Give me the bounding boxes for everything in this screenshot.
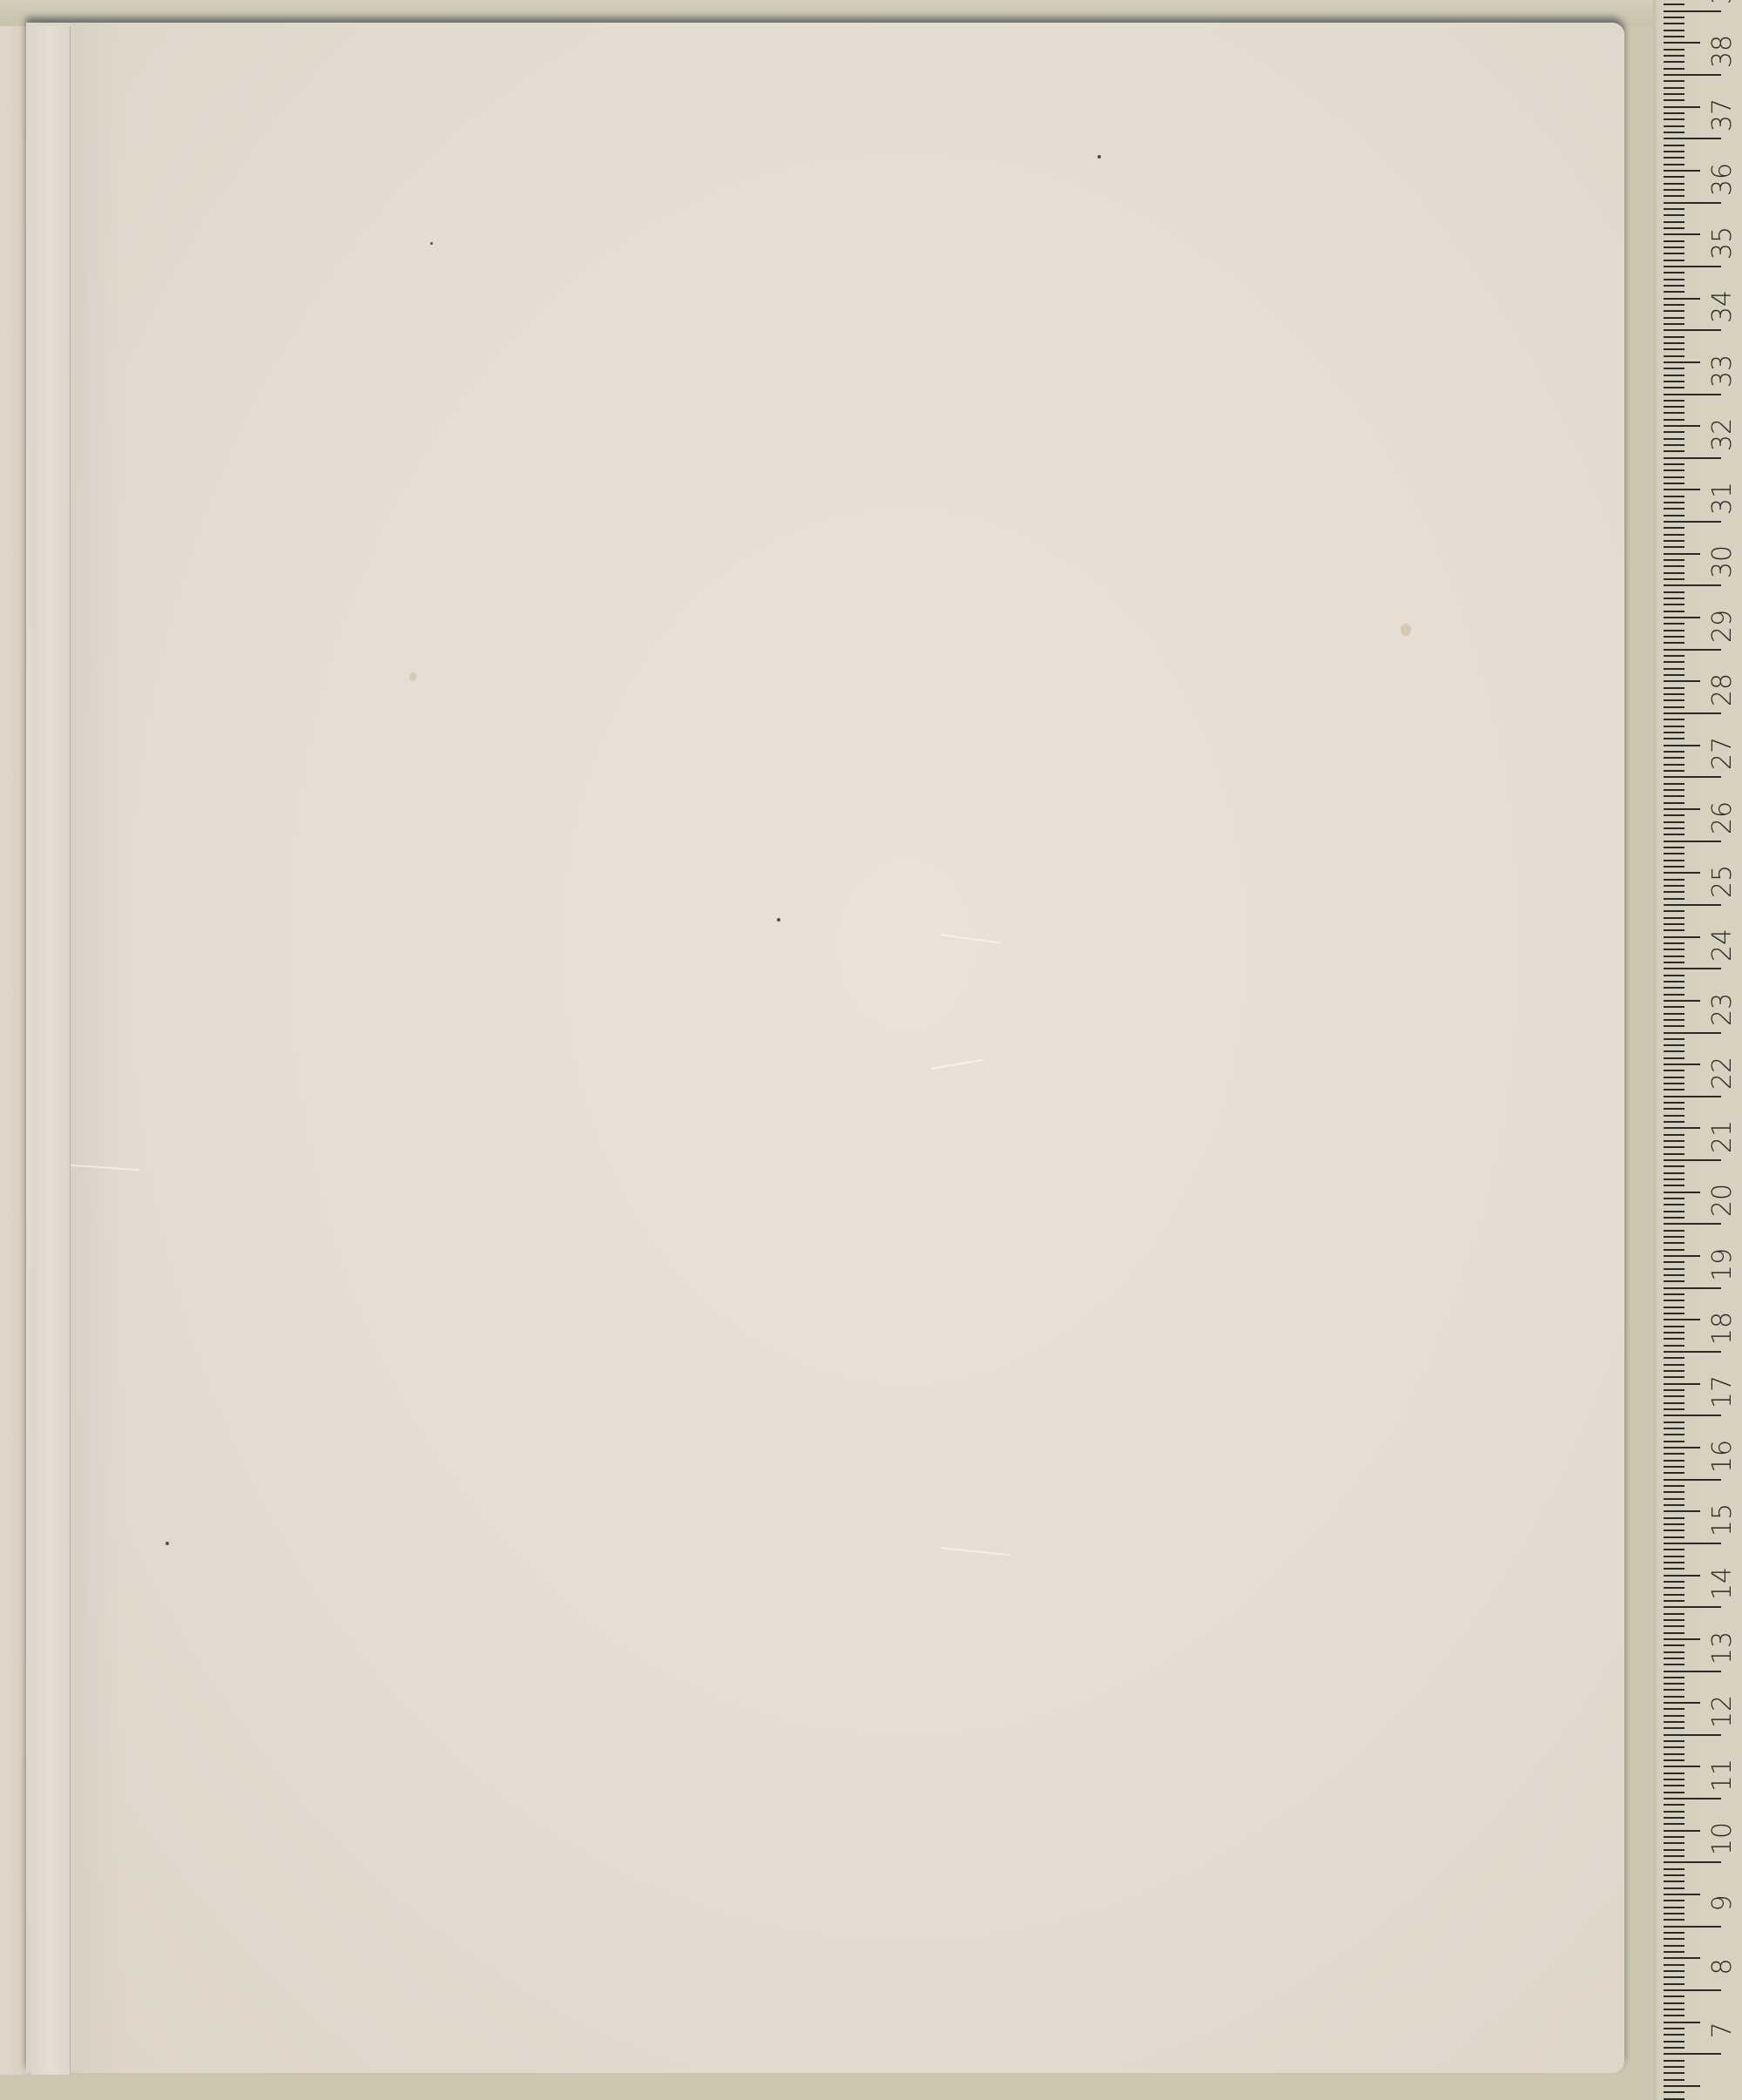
ruler-tick: [1664, 1230, 1685, 1232]
ruler-tick: [1664, 1957, 1700, 1959]
ruler-label: 30: [1710, 543, 1736, 581]
ruler-tick: [1664, 246, 1685, 248]
ruler-tick: [1664, 469, 1685, 471]
ruler-tick: [1664, 1773, 1685, 1774]
ruler-tick: [1664, 483, 1685, 484]
ruler-label: 25: [1710, 862, 1736, 901]
ruler-tick: [1664, 1395, 1685, 1397]
ruler-tick: [1664, 42, 1700, 44]
ruler-tick: [1664, 732, 1685, 733]
ruler-tick: [1664, 783, 1685, 785]
ruler-tick: [1664, 17, 1685, 18]
ruler-label: 24: [1710, 926, 1736, 964]
ruler-tick: [1664, 30, 1685, 31]
ruler-tick: [1664, 279, 1685, 280]
ruler-tick: [1664, 572, 1685, 574]
ruler-tick: [1664, 515, 1685, 517]
ruler-label: 17: [1710, 1373, 1736, 1411]
ruler-tick: [1664, 1855, 1685, 1857]
ruler-tick: [1664, 36, 1685, 37]
ruler-label: 36: [1710, 160, 1736, 199]
ruler-tick: [1664, 866, 1685, 868]
ruler-tick: [1664, 1995, 1685, 1997]
ruler-tick: [1664, 1032, 1721, 1034]
ruler-tick: [1664, 189, 1685, 191]
ruler-tick: [1664, 1050, 1685, 1052]
ruler-tick: [1664, 706, 1685, 708]
ruler-label: 37: [1710, 96, 1736, 134]
ruler-tick: [1664, 400, 1685, 402]
ruler-tick: [1664, 291, 1685, 293]
ruler-tick: [1664, 834, 1685, 835]
ruler-tick: [1664, 1198, 1685, 1199]
ruler-tick: [1664, 1038, 1685, 1040]
ruler-label: 10: [1710, 1820, 1736, 1858]
ruler-tick: [1664, 1172, 1685, 1174]
ruler-tick: [1664, 521, 1721, 523]
ruler-tick: [1664, 726, 1685, 727]
ruler-label: 19: [1710, 1246, 1736, 1284]
ruler-tick: [1664, 853, 1685, 854]
ruler-label: 32: [1710, 415, 1736, 454]
ruler-tick: [1664, 463, 1685, 465]
ruler-tick: [1664, 617, 1700, 618]
ruler-tick: [1664, 1836, 1685, 1838]
ruler-tick: [1664, 1581, 1685, 1583]
ruler-tick: [1664, 1753, 1685, 1755]
ruler-tick: [1664, 202, 1721, 204]
ruler-tick: [1664, 898, 1685, 900]
ruler-tick: [1664, 860, 1685, 861]
ruler-label: 13: [1710, 1629, 1736, 1667]
ruler-tick: [1664, 1792, 1685, 1793]
ruler-tick: [1664, 1115, 1685, 1117]
ruler-tick: [1664, 1677, 1685, 1678]
ruler-tick: [1664, 1044, 1685, 1046]
ruler-tick: [1664, 272, 1685, 273]
ruler-tick: [1664, 176, 1685, 178]
ruler-tick: [1664, 1938, 1685, 1940]
ruler-tick: [1664, 304, 1685, 306]
ruler-tick: [1664, 2060, 1685, 2062]
ruler-tick: [1664, 814, 1685, 816]
ruler-tick: [1664, 611, 1685, 612]
ruler-label: 39: [1710, 0, 1736, 7]
ruler-tick: [1664, 183, 1685, 185]
ruler-tick: [1664, 962, 1685, 963]
ruler-tick: [1664, 1594, 1685, 1596]
ruler-tick: [1664, 1759, 1685, 1761]
ruler-tick: [1664, 1121, 1685, 1123]
ruler-tick: [1664, 994, 1685, 996]
ruler-tick: [1664, 1651, 1685, 1653]
ruler-tick: [1664, 1638, 1700, 1640]
ruler-tick: [1664, 221, 1685, 223]
ruler-tick: [1664, 1127, 1700, 1129]
ruler-tick: [1664, 1204, 1685, 1205]
ruler-tick: [1664, 584, 1721, 586]
ruler-tick: [1664, 1326, 1685, 1327]
ruler-label: 15: [1710, 1501, 1736, 1539]
ruler-tick: [1664, 1006, 1685, 1008]
ruler-tick: [1664, 1140, 1685, 1142]
ruler-tick: [1664, 1274, 1685, 1276]
ruler-tick: [1664, 1345, 1685, 1347]
ruler-label: 35: [1710, 224, 1736, 262]
ruler-tick: [1664, 1600, 1685, 1602]
ruler-tick: [1664, 1242, 1685, 1244]
ruler-tick: [1664, 1332, 1685, 1334]
ruler-tick: [1664, 1664, 1685, 1665]
ruler-tick: [1664, 1613, 1685, 1615]
ruler-label: 8: [1710, 1948, 1736, 1986]
ruler-tick: [1664, 450, 1685, 452]
ruler-tick: [1664, 214, 1685, 216]
ruler-tick: [1664, 1715, 1685, 1717]
ruler-tick: [1664, 2053, 1721, 2055]
ruler-tick: [1664, 1408, 1685, 1410]
ruler-tick: [1664, 170, 1700, 172]
ruler-tick: [1664, 1146, 1685, 1148]
ruler-tick: [1664, 1357, 1685, 1359]
ruler-tick: [1664, 1096, 1721, 1097]
ruler-tick: [1664, 827, 1685, 829]
ruler-tick: [1664, 1460, 1685, 1462]
blank-document-page: [26, 23, 1624, 2073]
ruler-tick: [1664, 1644, 1685, 1646]
ruler-tick: [1664, 712, 1721, 714]
ruler-tick: [1664, 381, 1685, 382]
ruler-tick: [1664, 1000, 1700, 1002]
ruler-tick: [1664, 1671, 1721, 1672]
ruler-tick: [1664, 1887, 1685, 1889]
ruler-tick: [1664, 1568, 1685, 1570]
ruler-tick: [1664, 1785, 1685, 1786]
ruler-tick: [1664, 1485, 1685, 1487]
ruler-tick: [1664, 847, 1685, 848]
ruler-tick: [1664, 1223, 1721, 1225]
ruler-tick: [1664, 2002, 1685, 2004]
ruler-tick: [1664, 1881, 1685, 1882]
ruler-tick: [1664, 1089, 1685, 1091]
ruler-tick: [1664, 1159, 1721, 1161]
ruler-tick: [1664, 348, 1685, 350]
ruler-tick: [1664, 1364, 1685, 1366]
ruler-tick: [1664, 502, 1685, 503]
ruler-tick: [1664, 1536, 1685, 1538]
ruler-tick: [1664, 489, 1700, 490]
ruler-tick: [1664, 1217, 1685, 1219]
ruler-tick: [1664, 208, 1685, 210]
ruler-tick: [1664, 1472, 1685, 1474]
ruler-tick: [1664, 1108, 1685, 1110]
ruler-tick: [1664, 80, 1685, 82]
ruler-tick: [1664, 106, 1700, 108]
ruler-tick: [1664, 1255, 1700, 1257]
ruler-label: 23: [1710, 990, 1736, 1029]
ruler-tick: [1664, 419, 1685, 421]
ruler-tick: [1664, 841, 1721, 842]
ruler-tick: [1664, 1319, 1700, 1320]
ruler-tick: [1664, 1466, 1685, 1468]
ruler-tick: [1664, 387, 1685, 388]
ruler-tick: [1664, 1185, 1685, 1186]
ruler-tick: [1664, 23, 1685, 24]
ruler-tick: [1664, 1383, 1700, 1385]
ruler-tick: [1664, 802, 1685, 804]
ruler-tick: [1664, 138, 1721, 139]
ruler-tick: [1664, 394, 1721, 395]
ruler-tick: [1664, 1619, 1685, 1621]
ruler-tick: [1664, 112, 1685, 114]
ruler-tick: [1664, 776, 1721, 778]
ruler-tick: [1664, 55, 1685, 57]
ruler-tick: [1664, 527, 1685, 529]
ruler-tick: [1664, 1798, 1721, 1800]
ruler-tick: [1664, 1351, 1721, 1353]
ruler-tick: [1664, 1441, 1685, 1442]
ruler-tick: [1664, 2072, 1685, 2074]
ruler-tick: [1664, 1606, 1721, 1608]
ruler-tick: [1664, 1370, 1685, 1372]
ruler-tick: [1664, 661, 1685, 663]
ruler-tick: [1664, 132, 1685, 133]
ruler-tick: [1664, 438, 1685, 440]
ruler-tick: [1664, 885, 1685, 887]
ruler-tick: [1664, 1498, 1685, 1500]
ruler-tick: [1664, 1280, 1685, 1282]
ruler-tick: [1664, 738, 1685, 739]
ruler-tick: [1664, 2047, 1685, 2049]
ruler-tick: [1664, 1447, 1700, 1448]
ruler-tick: [1664, 99, 1685, 101]
ruler-label: 31: [1710, 479, 1736, 517]
ruler-tick: [1664, 553, 1700, 555]
ruler-label: 16: [1710, 1437, 1736, 1475]
ruler-tick: [1664, 655, 1685, 657]
ruler-tick: [1664, 636, 1685, 638]
ruler-tick: [1664, 285, 1685, 287]
ruler-tick: [1664, 687, 1685, 689]
ruler-tick: [1664, 821, 1685, 823]
ruler-tick: [1664, 260, 1685, 261]
ruler-tick: [1664, 444, 1685, 446]
ruler-tick: [1664, 508, 1685, 510]
ruler-tick: [1664, 1702, 1700, 1704]
ruler-tick: [1664, 2028, 1685, 2029]
ruler-tick: [1664, 565, 1685, 567]
ruler-label: 33: [1710, 352, 1736, 390]
ruler-label: 27: [1710, 734, 1736, 773]
ruler-tick: [1664, 1868, 1685, 1870]
ruler-tick: [1664, 1376, 1685, 1378]
ruler-tick: [1664, 1134, 1685, 1136]
ruler-label: 7: [1710, 2011, 1736, 2049]
ruler-tick: [1664, 1696, 1685, 1698]
ruler-tick: [1664, 917, 1685, 919]
ruler-tick: [1664, 61, 1685, 63]
ruler-tick: [1664, 1900, 1685, 1901]
ruler-tick: [1664, 578, 1685, 580]
paper-speck: [430, 242, 433, 245]
ruler-tick: [1664, 1313, 1685, 1314]
ruler-tick: [1664, 1932, 1685, 1934]
ruler-tick: [1664, 1211, 1685, 1212]
ruler-label: 38: [1710, 32, 1736, 71]
ruler-tick: [1664, 431, 1685, 433]
ruler-tick: [1664, 534, 1685, 536]
ruler-tick: [1664, 1402, 1685, 1404]
ruler-tick: [1664, 3, 1685, 5]
ruler-tick: [1664, 674, 1685, 676]
ruler-tick: [1664, 425, 1700, 427]
ruler-tick: [1664, 1894, 1700, 1895]
ruler-tick: [1664, 1543, 1721, 1544]
ruler-tick: [1664, 1025, 1685, 1027]
ruler-tick: [1664, 1811, 1685, 1813]
ruler-tick: [1664, 623, 1685, 625]
ruler-label: 11: [1710, 1756, 1736, 1794]
ruler-tick: [1664, 1165, 1685, 1167]
binding-shadow: [70, 23, 122, 2073]
ruler-tick: [1664, 1300, 1685, 1301]
ruler-tick: [1664, 751, 1685, 753]
ruler-tick: [1664, 1842, 1685, 1844]
ruler-tick: [1664, 1549, 1685, 1550]
ruler-tick: [1664, 496, 1685, 497]
paper-crease: [941, 934, 1002, 944]
ruler-tick: [1664, 355, 1685, 357]
ruler-tick: [1664, 1804, 1685, 1806]
paper-speck: [165, 1542, 169, 1545]
ruler-tick: [1664, 87, 1685, 89]
ruler-tick: [1664, 1575, 1700, 1577]
ruler-tick: [1664, 604, 1685, 605]
ruler-tick: [1664, 10, 1721, 12]
ruler-tick: [1664, 1421, 1685, 1423]
ruler-tick: [1664, 412, 1685, 414]
ruler-tick: [1664, 68, 1685, 70]
ruler-tick: [1664, 981, 1685, 982]
ruler-tick: [1664, 680, 1700, 682]
ruler-tick: [1664, 1434, 1685, 1435]
ruler-tick: [1664, 1727, 1685, 1729]
ruler-tick: [1664, 1625, 1685, 1627]
ruler-tick: [1664, 789, 1685, 791]
ruler-tick: [1664, 1102, 1685, 1104]
paper-crease: [941, 1547, 1010, 1556]
ruler-tick: [1664, 1491, 1685, 1493]
ruler-tick: [1664, 2079, 1685, 2081]
ruler-tick: [1664, 310, 1685, 312]
ruler-tick: [1664, 1817, 1685, 1819]
ruler-tick: [1664, 1766, 1700, 1767]
ruler-tick: [1664, 342, 1685, 344]
ruler-label: 21: [1710, 1118, 1736, 1156]
measuring-ruler: 7891011121314151617181920212223242526272…: [1653, 0, 1742, 2100]
ruler-tick: [1664, 942, 1685, 944]
ruler-tick: [1664, 1708, 1685, 1710]
paper-crease: [932, 1059, 983, 1070]
ruler-tick: [1664, 929, 1685, 931]
ruler-tick: [1664, 253, 1685, 254]
ruler-tick: [1664, 1964, 1685, 1966]
ruler-tick: [1664, 955, 1685, 957]
ruler-tick: [1664, 649, 1721, 651]
ruler-tick: [1664, 151, 1685, 152]
ruler-tick: [1664, 1268, 1685, 1270]
ruler-tick: [1664, 1913, 1685, 1914]
ruler-tick: [1664, 2066, 1685, 2068]
ruler-tick: [1664, 757, 1685, 759]
ruler-tick: [1664, 2009, 1685, 2010]
ruler-tick: [1664, 1153, 1685, 1155]
paper-speck: [1097, 155, 1101, 159]
ruler-tick: [1664, 1632, 1685, 1634]
ruler-tick: [1664, 642, 1685, 644]
ruler-tick: [1664, 1287, 1721, 1289]
ruler-tick: [1664, 1479, 1721, 1481]
ruler-tick: [1664, 1823, 1685, 1825]
ruler-tick: [1664, 936, 1700, 938]
ruler-label: 14: [1710, 1564, 1736, 1603]
ruler-tick: [1664, 1083, 1685, 1084]
ruler-label: 26: [1710, 799, 1736, 837]
ruler-tick: [1664, 770, 1685, 772]
ruler-tick: [1664, 904, 1721, 906]
ruler-tick: [1664, 1849, 1685, 1851]
ruler-tick: [1664, 1428, 1685, 1429]
ruler-tick: [1664, 1779, 1685, 1780]
ruler-tick: [1664, 2041, 1685, 2043]
ruler-label: 29: [1710, 607, 1736, 645]
ruler-tick: [1664, 910, 1685, 912]
ruler-tick: [1664, 1976, 1685, 1978]
ruler-label: 20: [1710, 1181, 1736, 1219]
ruler-tick: [1664, 1919, 1685, 1921]
ruler-tick: [1664, 1019, 1685, 1021]
ruler-tick: [1664, 546, 1685, 548]
ruler-tick: [1664, 1249, 1685, 1251]
ruler-tick: [1664, 1389, 1685, 1391]
ruler-tick: [1664, 591, 1685, 593]
ruler-tick: [1664, 1517, 1685, 1519]
ruler-tick: [1664, 1504, 1685, 1506]
ruler-tick: [1664, 457, 1721, 459]
ruler-tick: [1664, 118, 1685, 120]
binding-tape: [31, 26, 71, 2075]
ruler-tick: [1664, 74, 1721, 76]
ruler-tick: [1664, 1307, 1685, 1308]
ruler-tick: [1664, 49, 1685, 51]
ruler-tick: [1664, 808, 1700, 810]
ruler-tick: [1664, 125, 1685, 127]
ruler-tick: [1664, 949, 1685, 950]
ruler-tick: [1664, 891, 1685, 893]
ruler-tick: [1664, 745, 1700, 746]
ruler-tick: [1664, 668, 1685, 670]
ruler-tick: [1664, 1734, 1721, 1736]
ruler-tick: [1664, 879, 1685, 881]
ruler-tick: [1664, 1556, 1685, 1557]
ruler-tick: [1664, 923, 1685, 925]
ruler-tick: [1664, 406, 1685, 408]
ruler-tick: [1664, 1529, 1685, 1531]
ruler-tick: [1664, 872, 1700, 874]
ruler-tick: [1664, 1415, 1721, 1416]
ruler-label: 34: [1710, 287, 1736, 326]
ruler-tick: [1664, 1830, 1700, 1832]
